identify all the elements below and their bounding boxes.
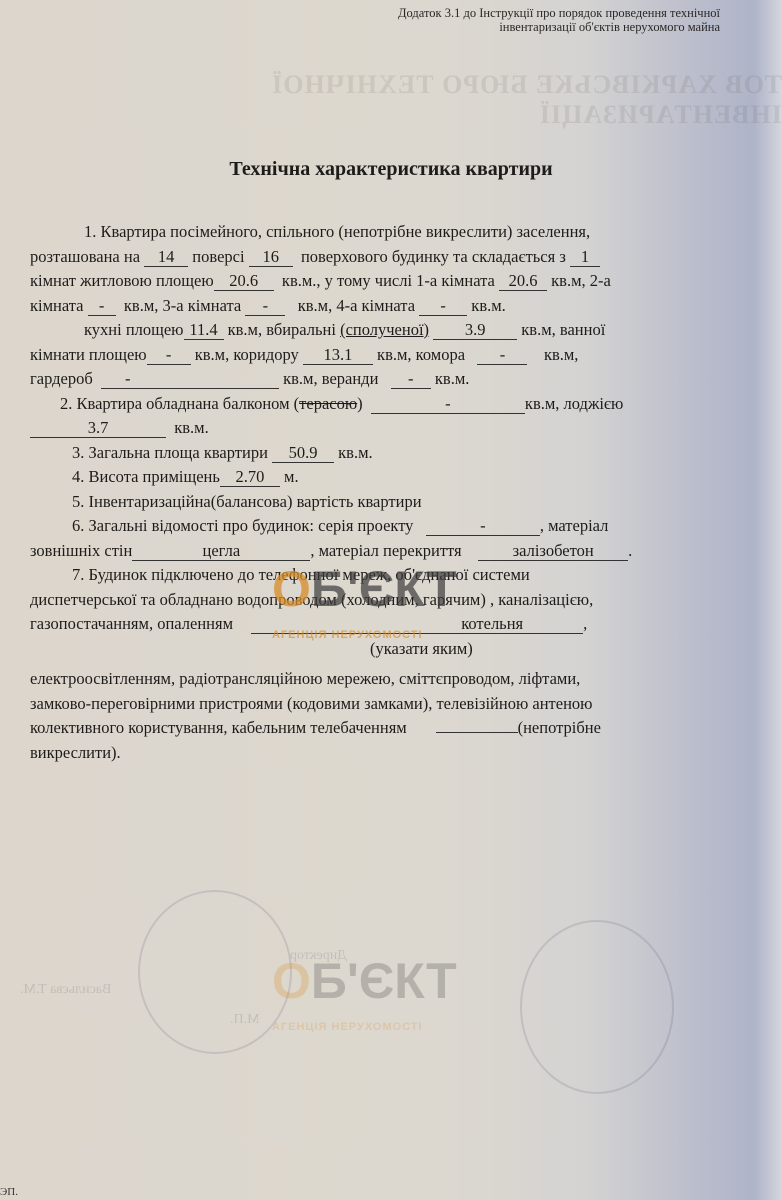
s5-line: 5. Інвентаризаційна(балансова) вартість …: [30, 490, 746, 515]
s7-line4: електроосвітленням, радіотрансляційною м…: [30, 667, 746, 692]
label: кухні площею: [84, 320, 184, 339]
s7-line5: замково-переговірними пристроями (кодови…: [30, 692, 746, 717]
document-body: 1. Квартира посімейного, спільного (непо…: [30, 220, 746, 765]
height-field: 2.70: [220, 467, 280, 487]
label: зовнішніх стін: [30, 541, 132, 560]
label: м.: [284, 467, 299, 486]
s7-line7: викреслити).: [30, 741, 746, 766]
bath-field: -: [147, 345, 191, 365]
header-note: Додаток 3.1 до Інструкції про порядок пр…: [398, 6, 720, 34]
label: поверсі: [192, 247, 244, 266]
s1-line6: кімнати площею- кв.м, коридору 13.1 кв.м…: [30, 343, 746, 368]
label: гардероб: [30, 369, 93, 388]
label: кв.м., у тому числі 1-а кімната: [282, 271, 495, 290]
label: кв.м.: [174, 418, 209, 437]
room4-field: -: [419, 296, 467, 316]
balcony-field: -: [371, 394, 525, 414]
watermark-logo: ОБ'ЄКТ АГЕНЦІЯ НЕРУХОМОСТІ: [272, 563, 457, 661]
s1-line4: кімната - кв.м, 3-а кімната - кв.м, 4-а …: [30, 294, 746, 319]
s1-line3: кімнат житловою площею20.6 кв.м., у тому…: [30, 269, 746, 294]
s4-line: 4. Висота приміщень2.70 м.: [30, 465, 746, 490]
room1-field: 20.6: [499, 271, 547, 291]
s1-line5: кухні площею11.4 кв.м, вбиральні (сполуч…: [30, 318, 746, 343]
stamp-bleed-right: [520, 920, 674, 1094]
label: колективного користування, кабельним тел…: [30, 718, 407, 737]
label: .: [628, 541, 632, 560]
total-area-field: 50.9: [272, 443, 334, 463]
floor-field: 14: [144, 247, 188, 267]
label: 2. Квартира обладнана балконом (: [60, 394, 299, 413]
veranda-field: -: [391, 369, 431, 389]
header-note-line: інвентаризації об'єктів нерухомого майна: [398, 20, 720, 34]
document-page: Додаток 3.1 до Інструкції про порядок пр…: [0, 0, 782, 1200]
label: кімнати площею: [30, 345, 147, 364]
s1-line1: 1. Квартира посімейного, спільного (непо…: [30, 220, 746, 245]
s1-line7: гардероб - кв.м, веранди - кв.м.: [30, 367, 746, 392]
series-field: -: [426, 516, 540, 536]
label: кв.м, веранди: [283, 369, 378, 388]
label: кв.м, лоджією: [525, 394, 623, 413]
label: кв.м, вбиральні: [228, 320, 336, 339]
label: кімнат житловою площею: [30, 271, 214, 290]
s6-line1: 6. Загальні відомості про будинок: серія…: [30, 514, 746, 539]
label: кв.м, комора: [377, 345, 465, 364]
label: ,: [583, 614, 587, 633]
label: кв.м, коридору: [195, 345, 299, 364]
label: кв.м, 3-а кімната: [124, 296, 241, 315]
label: кв.м.: [338, 443, 373, 462]
label: поверхового будинку та складається з: [301, 247, 566, 266]
label: кв.м,: [544, 345, 579, 364]
label: кімната: [30, 296, 84, 315]
label: кв.м.: [471, 296, 506, 315]
room3-field: -: [245, 296, 285, 316]
watermark-logo-lower: ОБ'ЄКТ АГЕНЦІЯ НЕРУХОМОСТІ: [272, 955, 457, 1053]
toilet-field: 3.9: [433, 320, 517, 340]
storage-field: -: [477, 345, 527, 365]
label: газопостачанням, опаленням: [30, 614, 233, 633]
header-note-line: Додаток 3.1 до Інструкції про порядок пр…: [398, 6, 720, 20]
floor-material-field: залізобетон: [478, 541, 628, 561]
label: кв.м.: [435, 369, 470, 388]
label: кв.м, 4-а кімната: [298, 296, 415, 315]
s6-line2: зовнішніх стінцегла, матеріал перекриття…: [30, 539, 746, 564]
struck-label: терасою: [299, 394, 357, 413]
stamp-bleed-left: [138, 890, 292, 1054]
walls-field: цегла: [132, 541, 310, 561]
wardrobe-field: -: [101, 369, 279, 389]
label: ): [357, 394, 363, 413]
label: 4. Висота приміщень: [72, 467, 220, 486]
label: кв.м, 2-а: [551, 271, 611, 290]
s7-line6: колективного користування, кабельним тел…: [30, 716, 746, 741]
bleed-mp: М.П.: [230, 1012, 260, 1028]
label: розташована на: [30, 247, 140, 266]
label: кв.м, ванної: [521, 320, 605, 339]
s2-line1: 2. Квартира обладнана балконом (терасою)…: [30, 392, 746, 417]
bleed-through-text: ТОВ ХАРКІВСЬКЕ БЮРО ТЕХНІЧНОЇ ІНВЕНТАРИЗ…: [60, 70, 782, 130]
label: , матеріал: [540, 516, 609, 535]
corridor-field: 13.1: [303, 345, 373, 365]
loggia-field: 3.7: [30, 418, 166, 438]
label: 6. Загальні відомості про будинок: серія…: [72, 516, 413, 535]
living-area-field: 20.6: [214, 271, 274, 291]
s1-line2: розташована на 14 поверсі 16 поверхового…: [30, 245, 746, 270]
kitchen-field: 11.4: [184, 320, 224, 340]
label: (сполученої): [340, 320, 429, 339]
page-title: Технічна характеристика квартири: [0, 158, 782, 181]
s3-line: 3. Загальна площа квартири 50.9 кв.м.: [30, 441, 746, 466]
footer-mark: ЭП.: [0, 1186, 18, 1198]
label: 3. Загальна площа квартири: [72, 443, 268, 462]
rooms-field: 1: [570, 247, 600, 267]
label: (непотрібне: [518, 718, 601, 737]
floors-total-field: 16: [249, 247, 293, 267]
room2-field: -: [88, 296, 116, 316]
label: , матеріал перекриття: [310, 541, 461, 560]
s2-line2: 3.7 кв.м.: [30, 416, 746, 441]
bleed-name: Васильєва Т.М.: [20, 982, 111, 998]
cable-field: [436, 732, 518, 733]
